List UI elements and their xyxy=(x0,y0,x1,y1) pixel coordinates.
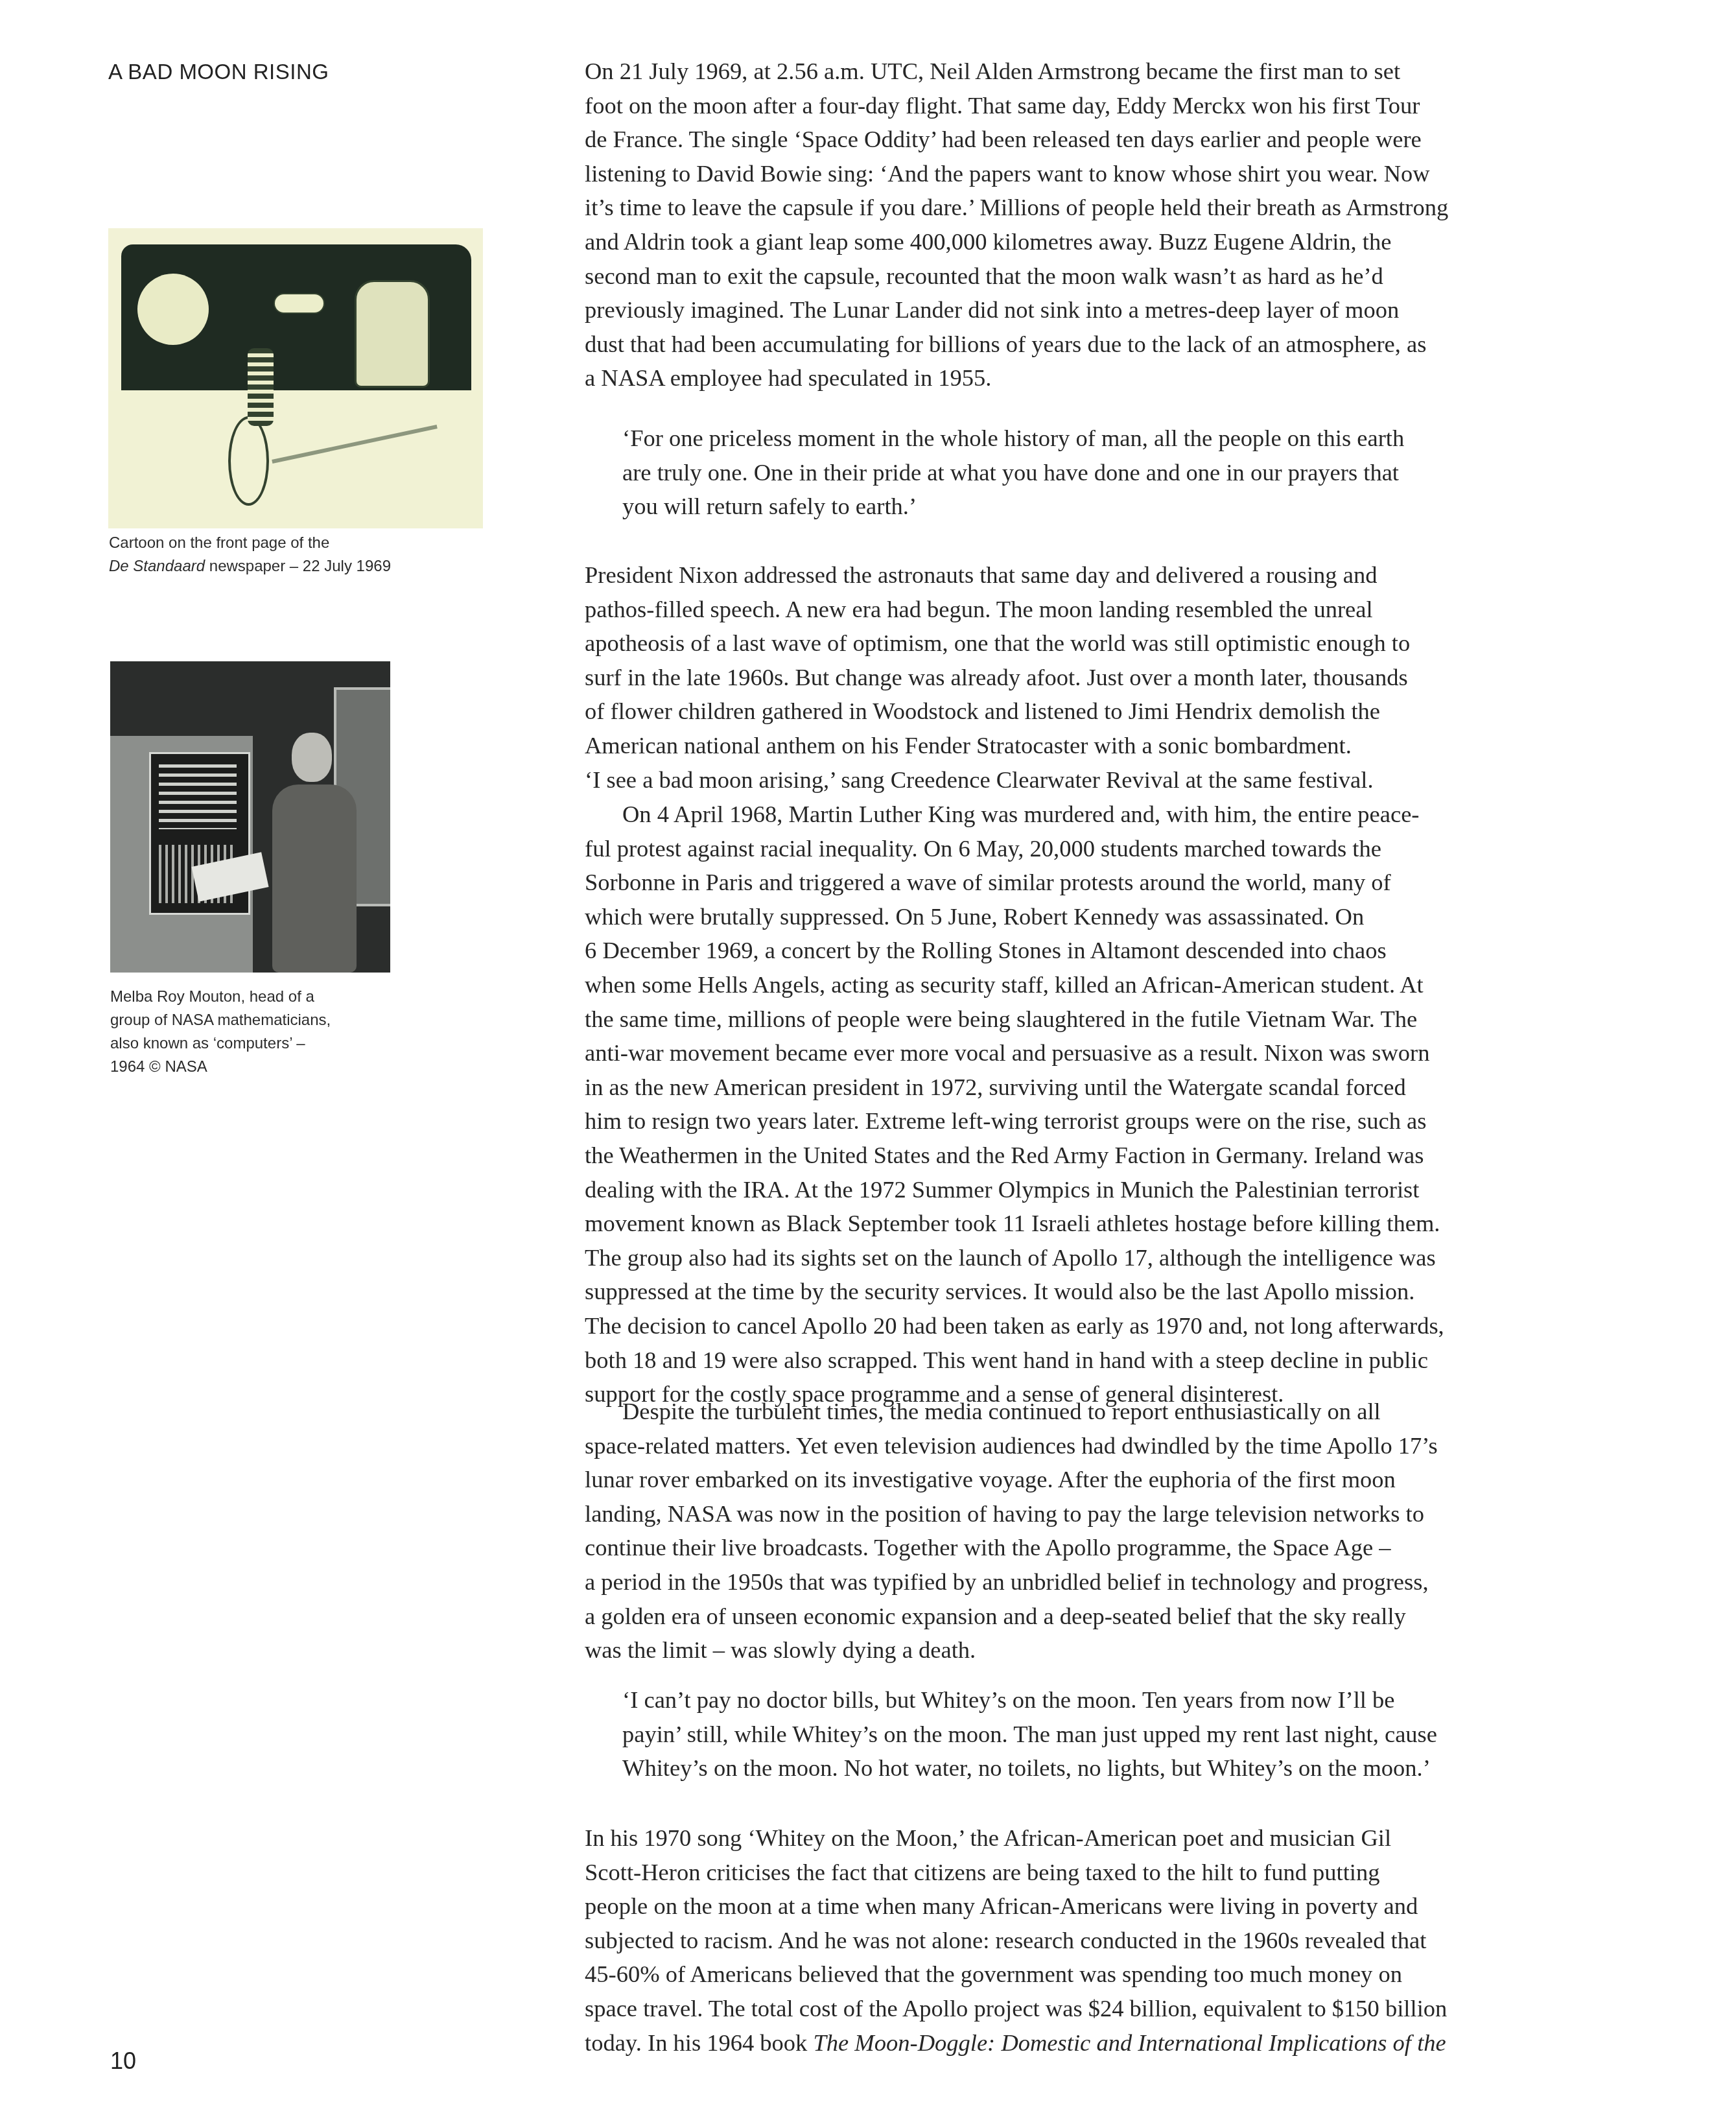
text-line: 45-60% of Americans believed that the go… xyxy=(585,1957,1402,1992)
text-line: a golden era of unseen economic expansio… xyxy=(585,1599,1406,1634)
cartoon-moon xyxy=(137,274,209,345)
text-line: ‘I can’t pay no doctor bills, but Whitey… xyxy=(622,1683,1395,1717)
text-line: it’s time to leave the capsule if you da… xyxy=(585,191,1448,225)
text-line: President Nixon addressed the astronauts… xyxy=(585,558,1377,593)
cartoon-ground xyxy=(108,390,483,528)
text-line: Scott-Heron criticises the fact that cit… xyxy=(585,1856,1379,1890)
newspaper-title: De Standaard xyxy=(109,558,205,575)
text-line: a period in the 1950s that was typified … xyxy=(585,1565,1429,1599)
photo-woman xyxy=(269,733,360,973)
text-line: second man to exit the capsule, recounte… xyxy=(585,259,1383,294)
text-line: Whitey’s on the moon. No hot water, no t… xyxy=(622,1751,1431,1786)
cartoon-cyclist xyxy=(248,348,274,426)
blockquote-nixon: ‘For one priceless moment in the whole h… xyxy=(622,421,1570,524)
text-line: the Weathermen in the United States and … xyxy=(585,1139,1424,1173)
text-line: the same time, millions of people were b… xyxy=(585,1002,1417,1037)
cartoon-caption: Cartoon on the front page of the De Stan… xyxy=(109,532,391,578)
text-line: Sorbonne in Paris and triggered a wave o… xyxy=(585,866,1391,900)
photo-caption: Melba Roy Mouton, head of a group of NAS… xyxy=(110,985,331,1079)
text-line: and Aldrin took a giant leap some 400,00… xyxy=(585,225,1391,259)
text-line: both 18 and 19 were also scrapped. This … xyxy=(585,1343,1428,1378)
text-line: apotheosis of a last wave of optimism, o… xyxy=(585,626,1410,661)
text-line: Despite the turbulent times, the media c… xyxy=(585,1395,1381,1429)
paragraph-gil-scott-heron: In his 1970 song ‘Whitey on the Moon,’ t… xyxy=(585,1821,1570,2060)
text-line: surf in the late 1960s. But change was a… xyxy=(585,661,1408,695)
text-line: ‘I see a bad moon arising,’ sang Creeden… xyxy=(585,763,1374,797)
text-line: dust that had been accumulating for bill… xyxy=(585,327,1426,362)
text-line: pathos-filled speech. A new era had begu… xyxy=(585,593,1373,627)
cartoon-lunar-lander xyxy=(355,280,430,388)
text-line: movement known as Black September took 1… xyxy=(585,1207,1440,1241)
text-line: de France. The single ‘Space Oddity’ had… xyxy=(585,123,1422,157)
text-line: space travel. The total cost of the Apol… xyxy=(585,1992,1447,2026)
text-line: 6 December 1969, a concert by the Rollin… xyxy=(585,934,1387,968)
caption-line: also known as ‘computers’ – xyxy=(110,1032,331,1056)
text-line: suppressed at the time by the security s… xyxy=(585,1275,1414,1309)
text-line: ful protest against racial inequality. O… xyxy=(585,832,1381,866)
text-line: space-related matters. Yet even televisi… xyxy=(585,1429,1438,1463)
caption-line: group of NASA mathematicians, xyxy=(110,1009,331,1032)
text-line: lunar rover embarked on its investigativ… xyxy=(585,1463,1396,1497)
caption-line: Cartoon on the front page of the xyxy=(109,532,391,555)
text-line: American national anthem on his Fender S… xyxy=(585,729,1352,763)
text-line: him to resign two years later. Extreme l… xyxy=(585,1104,1426,1139)
text-line: On 21 July 1969, at 2.56 a.m. UTC, Neil … xyxy=(585,54,1400,89)
text-line: are truly one. One in their pride at wha… xyxy=(622,456,1399,490)
paragraph-moon-landing: On 21 July 1969, at 2.56 a.m. UTC, Neil … xyxy=(585,54,1570,395)
blockquote-whitey-on-the-moon: ‘I can’t pay no doctor bills, but Whitey… xyxy=(622,1683,1570,1786)
paragraph-new-era: President Nixon addressed the astronauts… xyxy=(585,558,1570,797)
text-line: payin’ still, while Whitey’s on the moon… xyxy=(622,1717,1437,1752)
section-heading: A BAD MOON RISING xyxy=(108,60,329,84)
text-line: anti-war movement became ever more vocal… xyxy=(585,1036,1429,1070)
text-line: The decision to cancel Apollo 20 had bee… xyxy=(585,1309,1444,1343)
text-line: ‘For one priceless moment in the whole h… xyxy=(622,421,1404,456)
text-line: of flower children gathered in Woodstock… xyxy=(585,694,1380,729)
page-number: 10 xyxy=(110,2047,136,2075)
text-line: when some Hells Angels, acting as securi… xyxy=(585,968,1424,1002)
text-line: was the limit – was slowly dying a death… xyxy=(585,1633,976,1668)
paragraph-turbulent-events: On 4 April 1968, Martin Luther King was … xyxy=(585,797,1570,1411)
text-line: dealing with the IRA. At the 1972 Summer… xyxy=(585,1173,1419,1207)
text-line: subjected to racism. And he was not alon… xyxy=(585,1924,1426,1958)
book-title: The Moon-Doggle: Domestic and Internatio… xyxy=(813,2029,1446,2056)
melba-roy-mouton-photo xyxy=(110,661,390,973)
text-line: The group also had its sights set on the… xyxy=(585,1241,1436,1275)
caption-line: De Standaard newspaper – 22 July 1969 xyxy=(109,555,391,578)
text-line: a NASA employee had speculated in 1955. xyxy=(585,361,991,395)
text-line: people on the moon at a time when many A… xyxy=(585,1889,1418,1924)
text-line: you will return safely to earth.’ xyxy=(622,490,917,524)
caption-line: Melba Roy Mouton, head of a xyxy=(110,985,331,1009)
text-line: listening to David Bowie sing: ‘And the … xyxy=(585,157,1430,191)
text-line: today. In his 1964 book The Moon-Doggle:… xyxy=(585,2026,1446,2060)
cartoon-bicycle-wheel xyxy=(228,416,269,506)
text-line: previously imagined. The Lunar Lander di… xyxy=(585,293,1399,327)
text-line: which were brutally suppressed. On 5 Jun… xyxy=(585,900,1364,934)
text-line: in as the new American president in 1972… xyxy=(585,1070,1406,1105)
cartoon-speech-bubble xyxy=(274,293,325,314)
paragraph-media-coverage: Despite the turbulent times, the media c… xyxy=(585,1395,1570,1668)
text-line: foot on the moon after a four-day flight… xyxy=(585,89,1420,123)
text-line: landing, NASA was now in the position of… xyxy=(585,1497,1424,1531)
text-line: In his 1970 song ‘Whitey on the Moon,’ t… xyxy=(585,1821,1391,1856)
text-line: continue their live broadcasts. Together… xyxy=(585,1531,1391,1565)
text-line: On 4 April 1968, Martin Luther King was … xyxy=(585,797,1420,832)
caption-line: 1964 © NASA xyxy=(110,1056,331,1079)
cartoon-image xyxy=(108,228,483,528)
